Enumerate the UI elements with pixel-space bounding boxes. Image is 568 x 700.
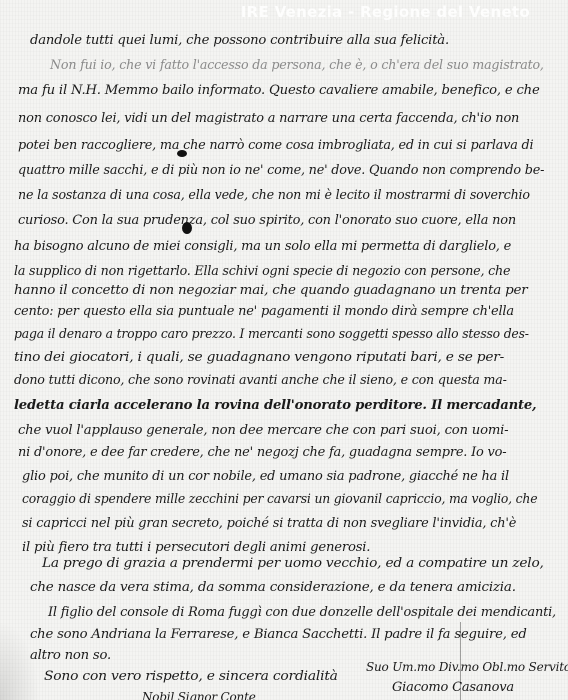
- letter-line: ni d'onore, e dee far credere, che ne' n…: [18, 445, 506, 460]
- letter-line: ma fu il N.H. Memmo bailo informato. Que…: [18, 83, 540, 98]
- ink-blot: [182, 222, 192, 234]
- signature: Giacomo Casanova: [392, 680, 514, 695]
- letter-line: potei ben raccogliere, ma che narrò come…: [18, 138, 533, 153]
- letter-line: coraggio di spendere mille zecchini per …: [22, 492, 537, 507]
- letter-line: ledetta ciarla accelerano la rovina dell…: [14, 398, 536, 413]
- page-shadow: [0, 620, 40, 700]
- letter-line: dandole tutti quei lumi, che possono con…: [30, 33, 449, 48]
- watermark: IRE Venezia - Regione del Veneto: [241, 3, 530, 21]
- letter-line: Il figlio del console di Roma fuggì con …: [48, 605, 556, 620]
- manuscript-page: IRE Venezia - Regione del Veneto dandole…: [0, 0, 568, 700]
- letter-line: Sono con vero rispetto, e sincera cordia…: [44, 669, 338, 684]
- letter-line: hanno il concetto di non negoziar mai, c…: [14, 283, 528, 298]
- letter-line: La prego di grazia a prendermi per uomo …: [42, 556, 544, 571]
- letter-line: ne la sostanza di una cosa, ella vede, c…: [18, 188, 530, 203]
- closing-formula: Suo Um.mo Div.mo Obl.mo Servitore: [366, 660, 568, 674]
- closing-salutation: Nobil Signor Conte: [142, 690, 256, 700]
- letter-line: quattro mille sacchi, e di più non io ne…: [18, 163, 544, 178]
- letter-line: non conosco lei, vidi un del magistrato …: [18, 111, 519, 126]
- letter-line: la supplico di non rigettarlo. Ella schi…: [14, 264, 510, 279]
- letter-line: glio poi, che munito di un cor nobile, e…: [22, 469, 509, 484]
- letter-line: si capricci nel più gran secreto, poiché…: [22, 516, 516, 531]
- letter-line: tino dei giocatori, i quali, se guadagna…: [14, 350, 504, 365]
- letter-line: cento: per questo ella sia puntuale ne' …: [14, 304, 514, 319]
- letter-line: Non fui io, che vi fatto l'accesso da pe…: [50, 58, 544, 73]
- letter-line: dono tutti dicono, che sono rovinati ava…: [14, 373, 507, 388]
- ink-blot: [177, 150, 187, 157]
- letter-line: il più fiero tra tutti i persecutori deg…: [22, 540, 370, 555]
- letter-line: ha bisogno alcuno de miei consigli, ma u…: [14, 239, 511, 254]
- letter-line: paga il denaro a troppo caro prezzo. I m…: [14, 327, 529, 342]
- letter-line: che sono Andriana la Ferrarese, e Bianca…: [30, 627, 527, 642]
- page-fold-line: [460, 622, 461, 700]
- letter-line: altro non so.: [30, 648, 111, 663]
- letter-line: che nasce da vera stima, da somma consid…: [30, 580, 516, 595]
- letter-line: che vuol l'applauso generale, non dee me…: [18, 423, 508, 438]
- letter-line: curioso. Con la sua prudenza, col suo sp…: [18, 213, 516, 228]
